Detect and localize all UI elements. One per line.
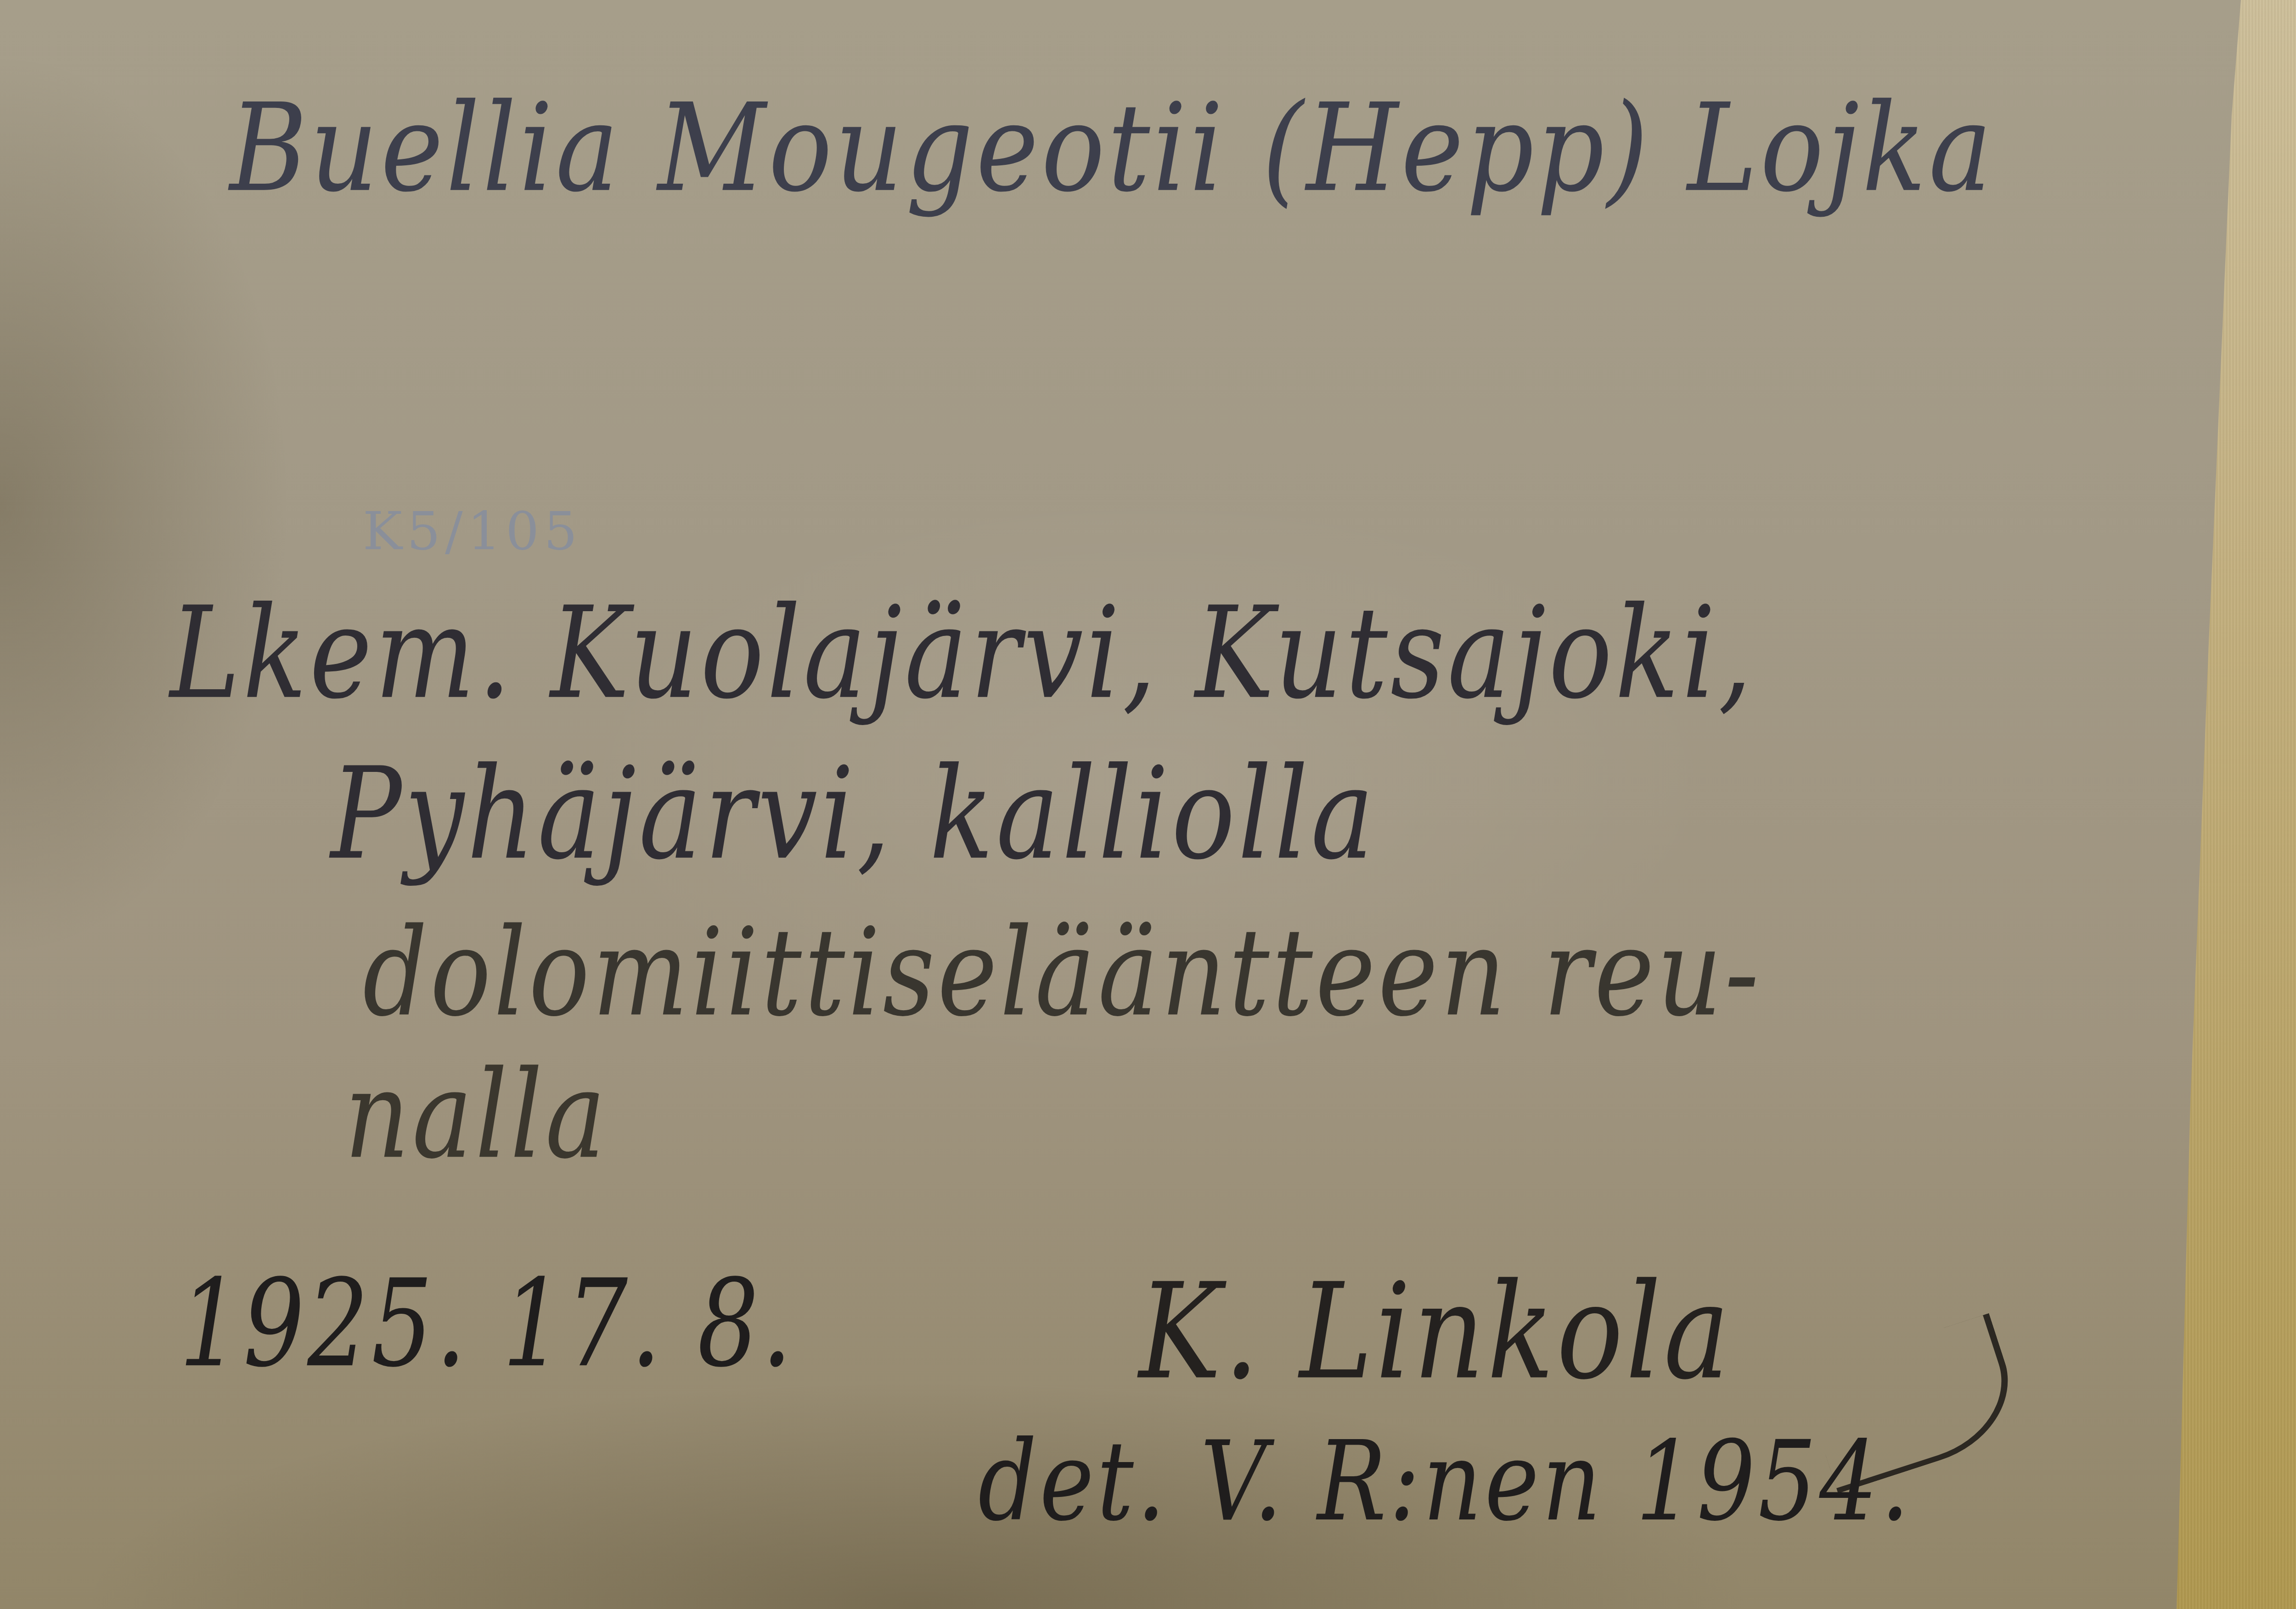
- locality-line-4: nalla: [344, 1044, 608, 1185]
- determination-note: det. V. R:nen 1954.: [978, 1418, 1913, 1546]
- specimen-label: Buellia Mougeotii (Hepp) Lojka K5/105 Lk…: [0, 0, 2241, 1609]
- locality-line-3: dolomiittiselääntteen reu-: [363, 902, 1761, 1043]
- locality-line-2: Pyhäjärvi, kalliolla: [331, 741, 1377, 888]
- pencil-catalog-note: K5/105: [363, 501, 582, 562]
- collector-signature: K. Linkola: [1139, 1255, 1732, 1409]
- taxon-name: Buellia Mougeotii (Hepp) Lojka: [230, 78, 1995, 219]
- collection-date: 1925. 17. 8.: [179, 1253, 795, 1394]
- locality-line-1: Lkem. Kuolajärvi, Kutsajoki,: [170, 580, 1755, 727]
